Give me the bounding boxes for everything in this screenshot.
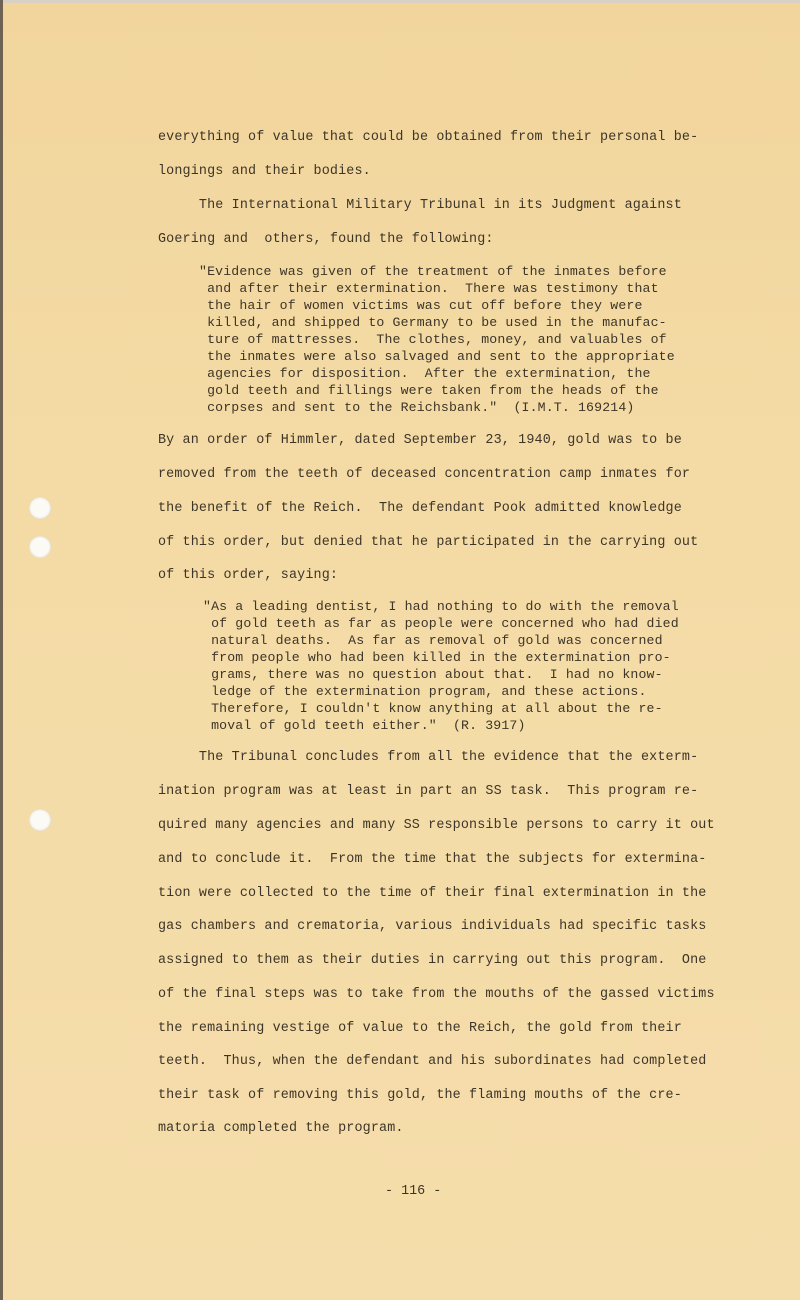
quote-line: natural deaths. As far as removal of gol… [203, 633, 663, 648]
quote-line: moval of gold teeth either." (R. 3917) [203, 718, 526, 733]
punch-hole [29, 536, 51, 558]
quote-line: "Evidence was given of the treatment of … [199, 264, 667, 279]
quote-line: the inmates were also salvaged and sent … [199, 349, 675, 364]
text-line: The International Military Tribunal in i… [158, 198, 682, 213]
quote-line: corpses and sent to the Reichsbank." (I.… [199, 400, 634, 415]
quote-line: gold teeth and fillings were taken from … [199, 383, 659, 398]
quote-line: ledge of the extermination program, and … [203, 684, 647, 699]
quote-line: "As a leading dentist, I had nothing to … [203, 599, 679, 614]
quote-line: Therefore, I couldn't know anything at a… [203, 701, 663, 716]
text-line: of this order, saying: [158, 568, 338, 583]
text-line: quired many agencies and many SS respons… [158, 818, 715, 833]
text-line: the benefit of the Reich. The defendant … [158, 501, 682, 516]
quote-line: agencies for disposition. After the exte… [199, 366, 651, 381]
quote-line: and after their extermination. There was… [199, 281, 659, 296]
text-line: of this order, but denied that he partic… [158, 535, 698, 550]
text-line: the remaining vestige of value to the Re… [158, 1021, 682, 1036]
text-line: longings and their bodies. [158, 164, 371, 179]
text-line: and to conclude it. From the time that t… [158, 852, 706, 867]
quote-line: killed, and shipped to Germany to be use… [199, 315, 667, 330]
punch-hole [29, 809, 51, 831]
text-line: By an order of Himmler, dated September … [158, 433, 682, 448]
text-line: teeth. Thus, when the defendant and his … [158, 1054, 706, 1069]
text-line: their task of removing this gold, the fl… [158, 1088, 682, 1103]
text-line: matoria completed the program. [158, 1121, 404, 1136]
quote-line: of gold teeth as far as people were conc… [203, 616, 679, 631]
text-line: removed from the teeth of deceased conce… [158, 467, 690, 482]
document-page: everything of value that could be obtain… [0, 0, 800, 1300]
quote-line: ture of mattresses. The clothes, money, … [199, 332, 667, 347]
quote-line: from people who had been killed in the e… [203, 650, 671, 665]
punch-hole [29, 497, 51, 519]
text-line: ination program was at least in part an … [158, 784, 698, 799]
text-line: gas chambers and crematoria, various ind… [158, 919, 706, 934]
text-line: tion were collected to the time of their… [158, 886, 706, 901]
page-number: - 116 - [385, 1184, 441, 1199]
quote-line: the hair of women victims was cut off be… [199, 298, 643, 313]
text-line: assigned to them as their duties in carr… [158, 953, 706, 968]
text-line: everything of value that could be obtain… [158, 130, 698, 145]
text-line: The Tribunal concludes from all the evid… [158, 750, 698, 765]
quote-line: grams, there was no question about that.… [203, 667, 663, 682]
scan-top-edge [0, 0, 800, 3]
scan-left-edge [0, 0, 3, 1300]
text-line: Goering and others, found the following: [158, 232, 494, 247]
text-line: of the final steps was to take from the … [158, 987, 715, 1002]
